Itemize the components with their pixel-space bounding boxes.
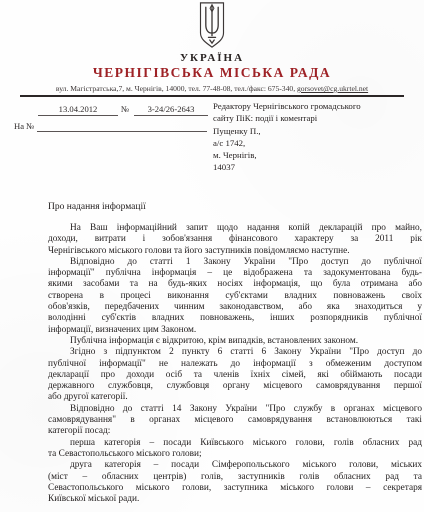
number-sign: № (121, 104, 129, 114)
document-page: УКРАЇНА ЧЕРНІГІВСЬКА МІСЬКА РАДА вул. Ма… (0, 0, 424, 512)
recipient-line: а/с 1742, (213, 137, 421, 149)
trident-icon (195, 2, 229, 48)
body-line: перша категорія – посади Київського місь… (48, 438, 422, 449)
body-line: декларації про доходи осіб та членів їхн… (48, 370, 422, 381)
body-line: та Севастопольського міського голови; (48, 449, 422, 460)
body-paragraphs: На Ваш інформаційний запит щодо надання … (48, 223, 422, 505)
body-line: Севастопольського міського голови, засту… (48, 483, 422, 494)
address-text: вул. Магістратська,7, м. Чернігів, 14000… (56, 84, 297, 93)
subject-line: Про надання інформації (48, 202, 146, 212)
body-line: обов'язків, передбачених чинним законода… (48, 302, 422, 313)
body-line: Відповідно до статті 1 Закону України "П… (48, 257, 422, 268)
body-line: Київської міської ради. (48, 494, 422, 505)
body-line: (міст – обласних центрів) голів, заступн… (48, 472, 422, 483)
body-line: створена в процесі виконання суб'єктами … (48, 291, 422, 302)
body-line: категорії посад: (48, 426, 422, 437)
reply-number-line (37, 121, 207, 132)
body-line: володінні суб'єктів владних повноважень,… (48, 313, 422, 324)
recipient-line: м. Чернігів, (213, 149, 421, 161)
date-field: 13.04.2012 (38, 104, 118, 116)
country-name: УКРАЇНА (0, 52, 424, 64)
body-line: Публічна інформація є відкритою, крім ви… (48, 336, 422, 347)
body-line: інформації, визначених цим Законом. (48, 325, 422, 336)
email-text: gorsovet@cg.ukrtel.net (297, 84, 368, 93)
recipient-block: Редактору Чернігівського громадського са… (213, 100, 421, 174)
address-line: вул. Магістратська,7, м. Чернігів, 14000… (0, 84, 424, 93)
body-line: На Ваш інформаційний запит щодо надання … (48, 223, 422, 234)
body-line: або другої категорії. (48, 392, 422, 403)
recipient-line: Редактору Чернігівського громадського (213, 100, 421, 112)
coat-of-arms (195, 2, 229, 48)
paragraph: На Ваш інформаційний запит щодо надання … (48, 223, 422, 257)
divider-rule (20, 95, 404, 97)
body-line: Відповідно до статті 14 Закону України "… (48, 404, 422, 415)
body-line: якими засобами та на будь-яких носіях ін… (48, 279, 422, 290)
recipient-line: 14037 (213, 161, 421, 173)
org-name: ЧЕРНІГІВСЬКА МІСЬКА РАДА (0, 65, 424, 81)
doc-number-field: 3-24/26-2643 (134, 104, 208, 116)
body-line: інформації" публічна інформація – це від… (48, 268, 422, 279)
body-line: Згідно з підпунктом 2 пункту 6 статті 6 … (48, 347, 422, 358)
recipient-line: сайту ПіК: події і коментарі (213, 112, 421, 124)
body-line: публічної інформації" не належать до інф… (48, 359, 422, 370)
paragraph: Публічна інформація є відкритою, крім ви… (48, 336, 422, 347)
paragraph: Відповідно до статті 1 Закону України "П… (48, 257, 422, 336)
paragraph: перша категорія – посади Київського місь… (48, 438, 422, 461)
paragraph: Згідно з підпунктом 2 пункту 6 статті 6 … (48, 347, 422, 403)
body-line: самоврядування" в органах місцевого само… (48, 415, 422, 426)
reply-number-label: На № (14, 121, 34, 131)
paragraph: друга категорія – посади Сімферопольсько… (48, 460, 422, 505)
body-line: друга категорія – посади Сімферопольсько… (48, 460, 422, 471)
body-line: Чернігівського міського голови та його з… (48, 246, 422, 257)
paragraph: Відповідно до статті 14 Закону України "… (48, 404, 422, 438)
body-line: державного службовця, службовця органу м… (48, 381, 422, 392)
body-line: доходи, витрати і зобов'язання фінансово… (48, 234, 422, 245)
recipient-line: Пущенку П., (213, 125, 421, 137)
